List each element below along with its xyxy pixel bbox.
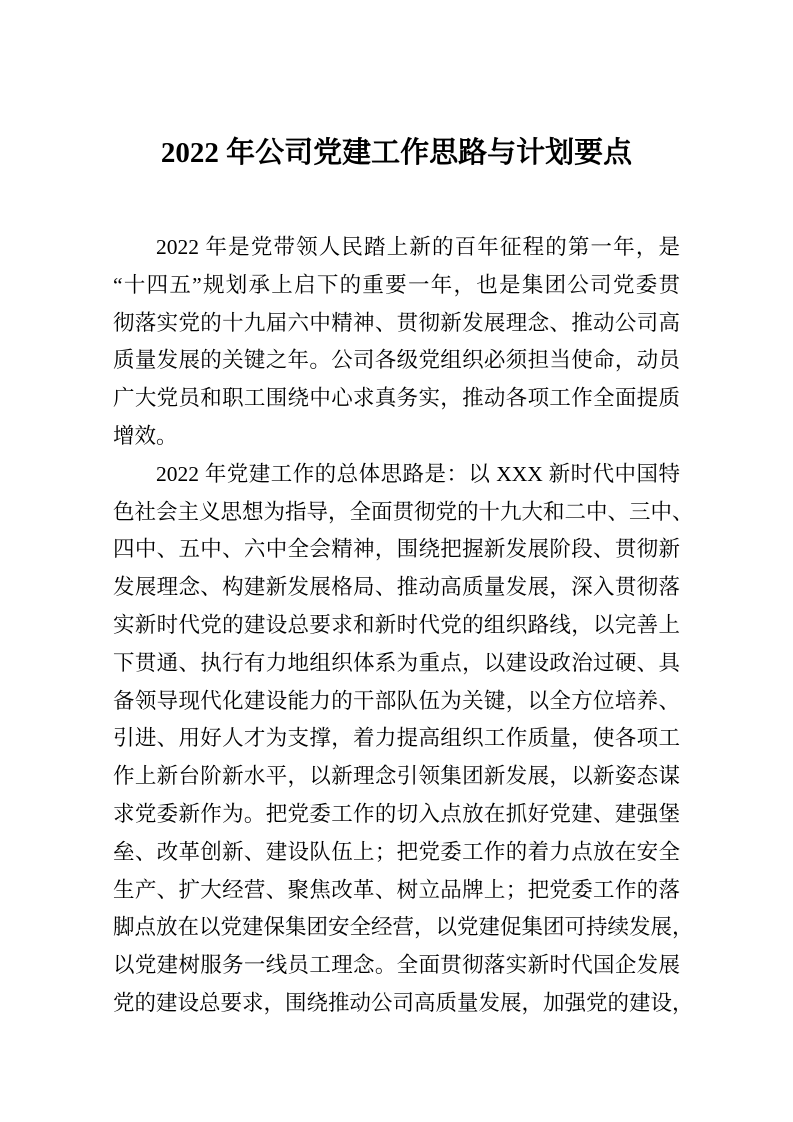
text-line: 求党委新作为。把党委工作的切入点放在抓好党建、建强堡 [113, 796, 680, 834]
text-line: 彻落实党的十九届六中精神、贯彻新发展理念、推动公司高 [113, 305, 680, 343]
paragraph-intro: 2022 年是党带领人民踏上新的百年征程的第一年，是 “十四五”规划承上启下的重… [113, 229, 680, 456]
text-line: 发展理念、构建新发展格局、推动高质量发展，深入贯彻落 [113, 569, 680, 607]
paragraph-overall-approach: 2022 年党建工作的总体思路是：以 XXX 新时代中国特 色社会主义思想为指导… [113, 456, 680, 1023]
text-line: 实新时代党的建设总要求和新时代党的组织路线，以完善上 [113, 607, 680, 645]
document-title: 2022 年公司党建工作思路与计划要点 [113, 132, 680, 174]
text-line: 下贯通、执行有力地组织体系为重点，以建设政治过硬、具 [113, 645, 680, 683]
text-line: 生产、扩大经营、聚焦改革、树立品牌上；把党委工作的落 [113, 872, 680, 910]
text-line: 脚点放在以党建保集团安全经营，以党建促集团可持续发展， [113, 909, 680, 947]
text-line: 引进、用好人才为支撑，着力提高组织工作质量，使各项工 [113, 720, 680, 758]
text-line: 以党建树服务一线员工理念。全面贯彻落实新时代国企发展 [113, 947, 680, 985]
text-line: 广大党员和职工围绕中心求真务实，推动各项工作全面提质 [113, 380, 680, 418]
text-line: 党的建设总要求，围绕推动公司高质量发展，加强党的建设， [113, 985, 680, 1023]
document-page: 2022 年公司党建工作思路与计划要点 2022 年是党带领人民踏上新的百年征程… [0, 0, 793, 1122]
text-line: 垒、改革创新、建设队伍上；把党委工作的着力点放在安全 [113, 834, 680, 872]
text-line: 2022 年党建工作的总体思路是：以 XXX 新时代中国特 [113, 456, 680, 494]
text-line: 四中、五中、六中全会精神，围绕把握新发展阶段、贯彻新 [113, 531, 680, 569]
text-line: 备领导现代化建设能力的干部队伍为关键，以全方位培养、 [113, 683, 680, 721]
text-line: 色社会主义思想为指导，全面贯彻党的十九大和二中、三中、 [113, 494, 680, 532]
text-line: 增效。 [113, 418, 680, 456]
text-line: 作上新台阶新水平，以新理念引领集团新发展，以新姿态谋 [113, 758, 680, 796]
text-line: 质量发展的关键之年。公司各级党组织必须担当使命，动员 [113, 342, 680, 380]
text-line: “十四五”规划承上启下的重要一年，也是集团公司党委贯 [113, 267, 680, 305]
text-line: 2022 年是党带领人民踏上新的百年征程的第一年，是 [113, 229, 680, 267]
